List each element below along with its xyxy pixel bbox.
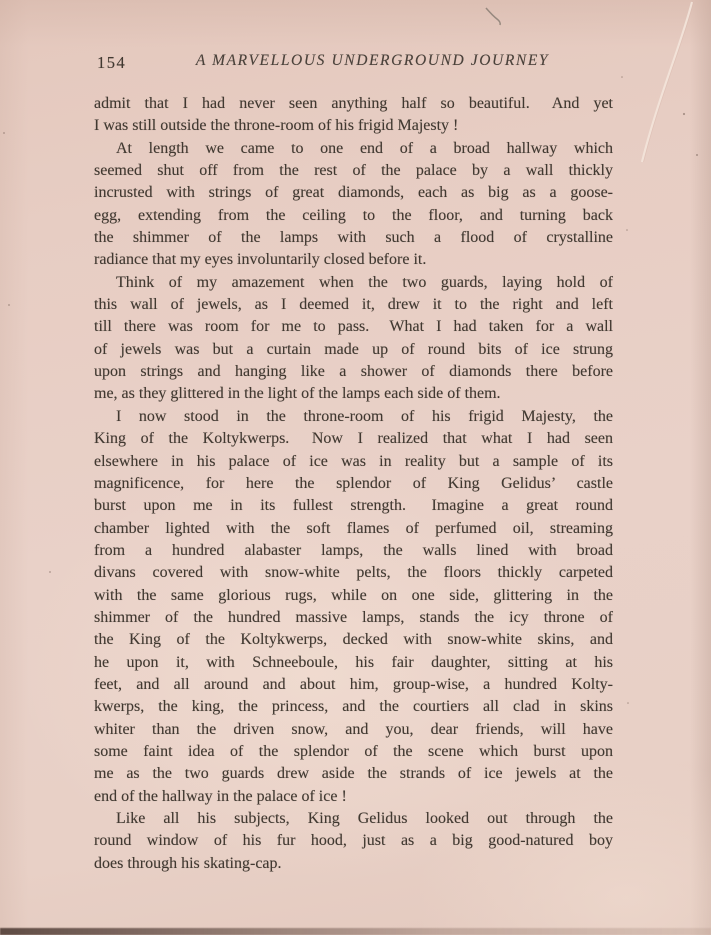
text-line: Think of my amazement when the two guard…: [94, 272, 613, 294]
paragraph: Think of my amazement when the two guard…: [94, 272, 613, 406]
text-line: egg, extending from the ceiling to the f…: [94, 205, 613, 227]
text-line: magnificence, for here the splendor of K…: [94, 473, 613, 495]
paragraph: Like all his subjects, King Gelidus look…: [94, 808, 613, 875]
text-line: kwerps, the king, the princess, and the …: [94, 696, 613, 718]
text-line: from a hundred alabaster lamps, the wall…: [94, 540, 613, 562]
text-line: of jewels was but a curtain made up of r…: [94, 339, 613, 361]
text-line: me, as they glittered in the light of th…: [94, 383, 613, 405]
text-line: till there was room for me to pass. What…: [94, 316, 613, 338]
page-body: admit that I had never seen anything hal…: [94, 93, 613, 875]
text-line: this wall of jewels, as I deemed it, dre…: [94, 294, 613, 316]
text-line: chamber lighted with the soft flames of …: [94, 518, 613, 540]
text-line: feet, and all around and about him, grou…: [94, 674, 613, 696]
text-line: he upon it, with Schneeboule, his fair d…: [94, 652, 613, 674]
text-line: some faint idea of the splendor of the s…: [94, 741, 613, 763]
page-number: 154: [97, 53, 126, 73]
text-line: incrusted with strings of great diamonds…: [94, 182, 613, 204]
text-line: end of the hallway in the palace of ice …: [94, 786, 613, 808]
scan-bottom-edge: [0, 928, 711, 935]
text-line: I now stood in the throne-room of his fr…: [94, 406, 613, 428]
page-header: 154 A MARVELLOUS UNDERGROUND JOURNEY: [95, 52, 614, 72]
text-line: upon strings and hanging like a shower o…: [94, 361, 613, 383]
text-line: divans covered with snow-white pelts, th…: [94, 562, 613, 584]
text-line: Like all his subjects, King Gelidus look…: [94, 808, 613, 830]
text-line: round window of his fur hood, just as a …: [94, 830, 613, 852]
text-line: admit that I had never seen anything hal…: [94, 93, 613, 115]
text-line: burst upon me in its fullest strength. I…: [94, 495, 613, 517]
paragraph: I now stood in the throne-room of his fr…: [94, 406, 613, 808]
text-line: whiter than the driven snow, and you, de…: [94, 719, 613, 741]
paragraph: At length we came to one end of a broad …: [94, 138, 613, 272]
text-line: the shimmer of the lamps with such a flo…: [94, 227, 613, 249]
text-line: with the same glorious rugs, while on on…: [94, 585, 613, 607]
paragraph: admit that I had never seen anything hal…: [94, 93, 613, 138]
text-line: radiance that my eyes involuntarily clos…: [94, 249, 613, 271]
running-title: A MARVELLOUS UNDERGROUND JOURNEY: [95, 52, 614, 70]
text-line: At length we came to one end of a broad …: [94, 138, 613, 160]
text-line: the King of the Koltykwerps, decked with…: [94, 629, 613, 651]
text-line: elsewhere in his palace of ice was in re…: [94, 451, 613, 473]
text-line: me as the two guards drew aside the stra…: [94, 763, 613, 785]
text-line: seemed shut off from the rest of the pal…: [94, 160, 613, 182]
text-line: I was still outside the throne-room of h…: [94, 115, 613, 137]
text-line: does through his skating-cap.: [94, 853, 613, 875]
text-line: shimmer of the hundred massive lamps, st…: [94, 607, 613, 629]
text-line: King of the Koltykwerps. Now I realized …: [94, 428, 613, 450]
